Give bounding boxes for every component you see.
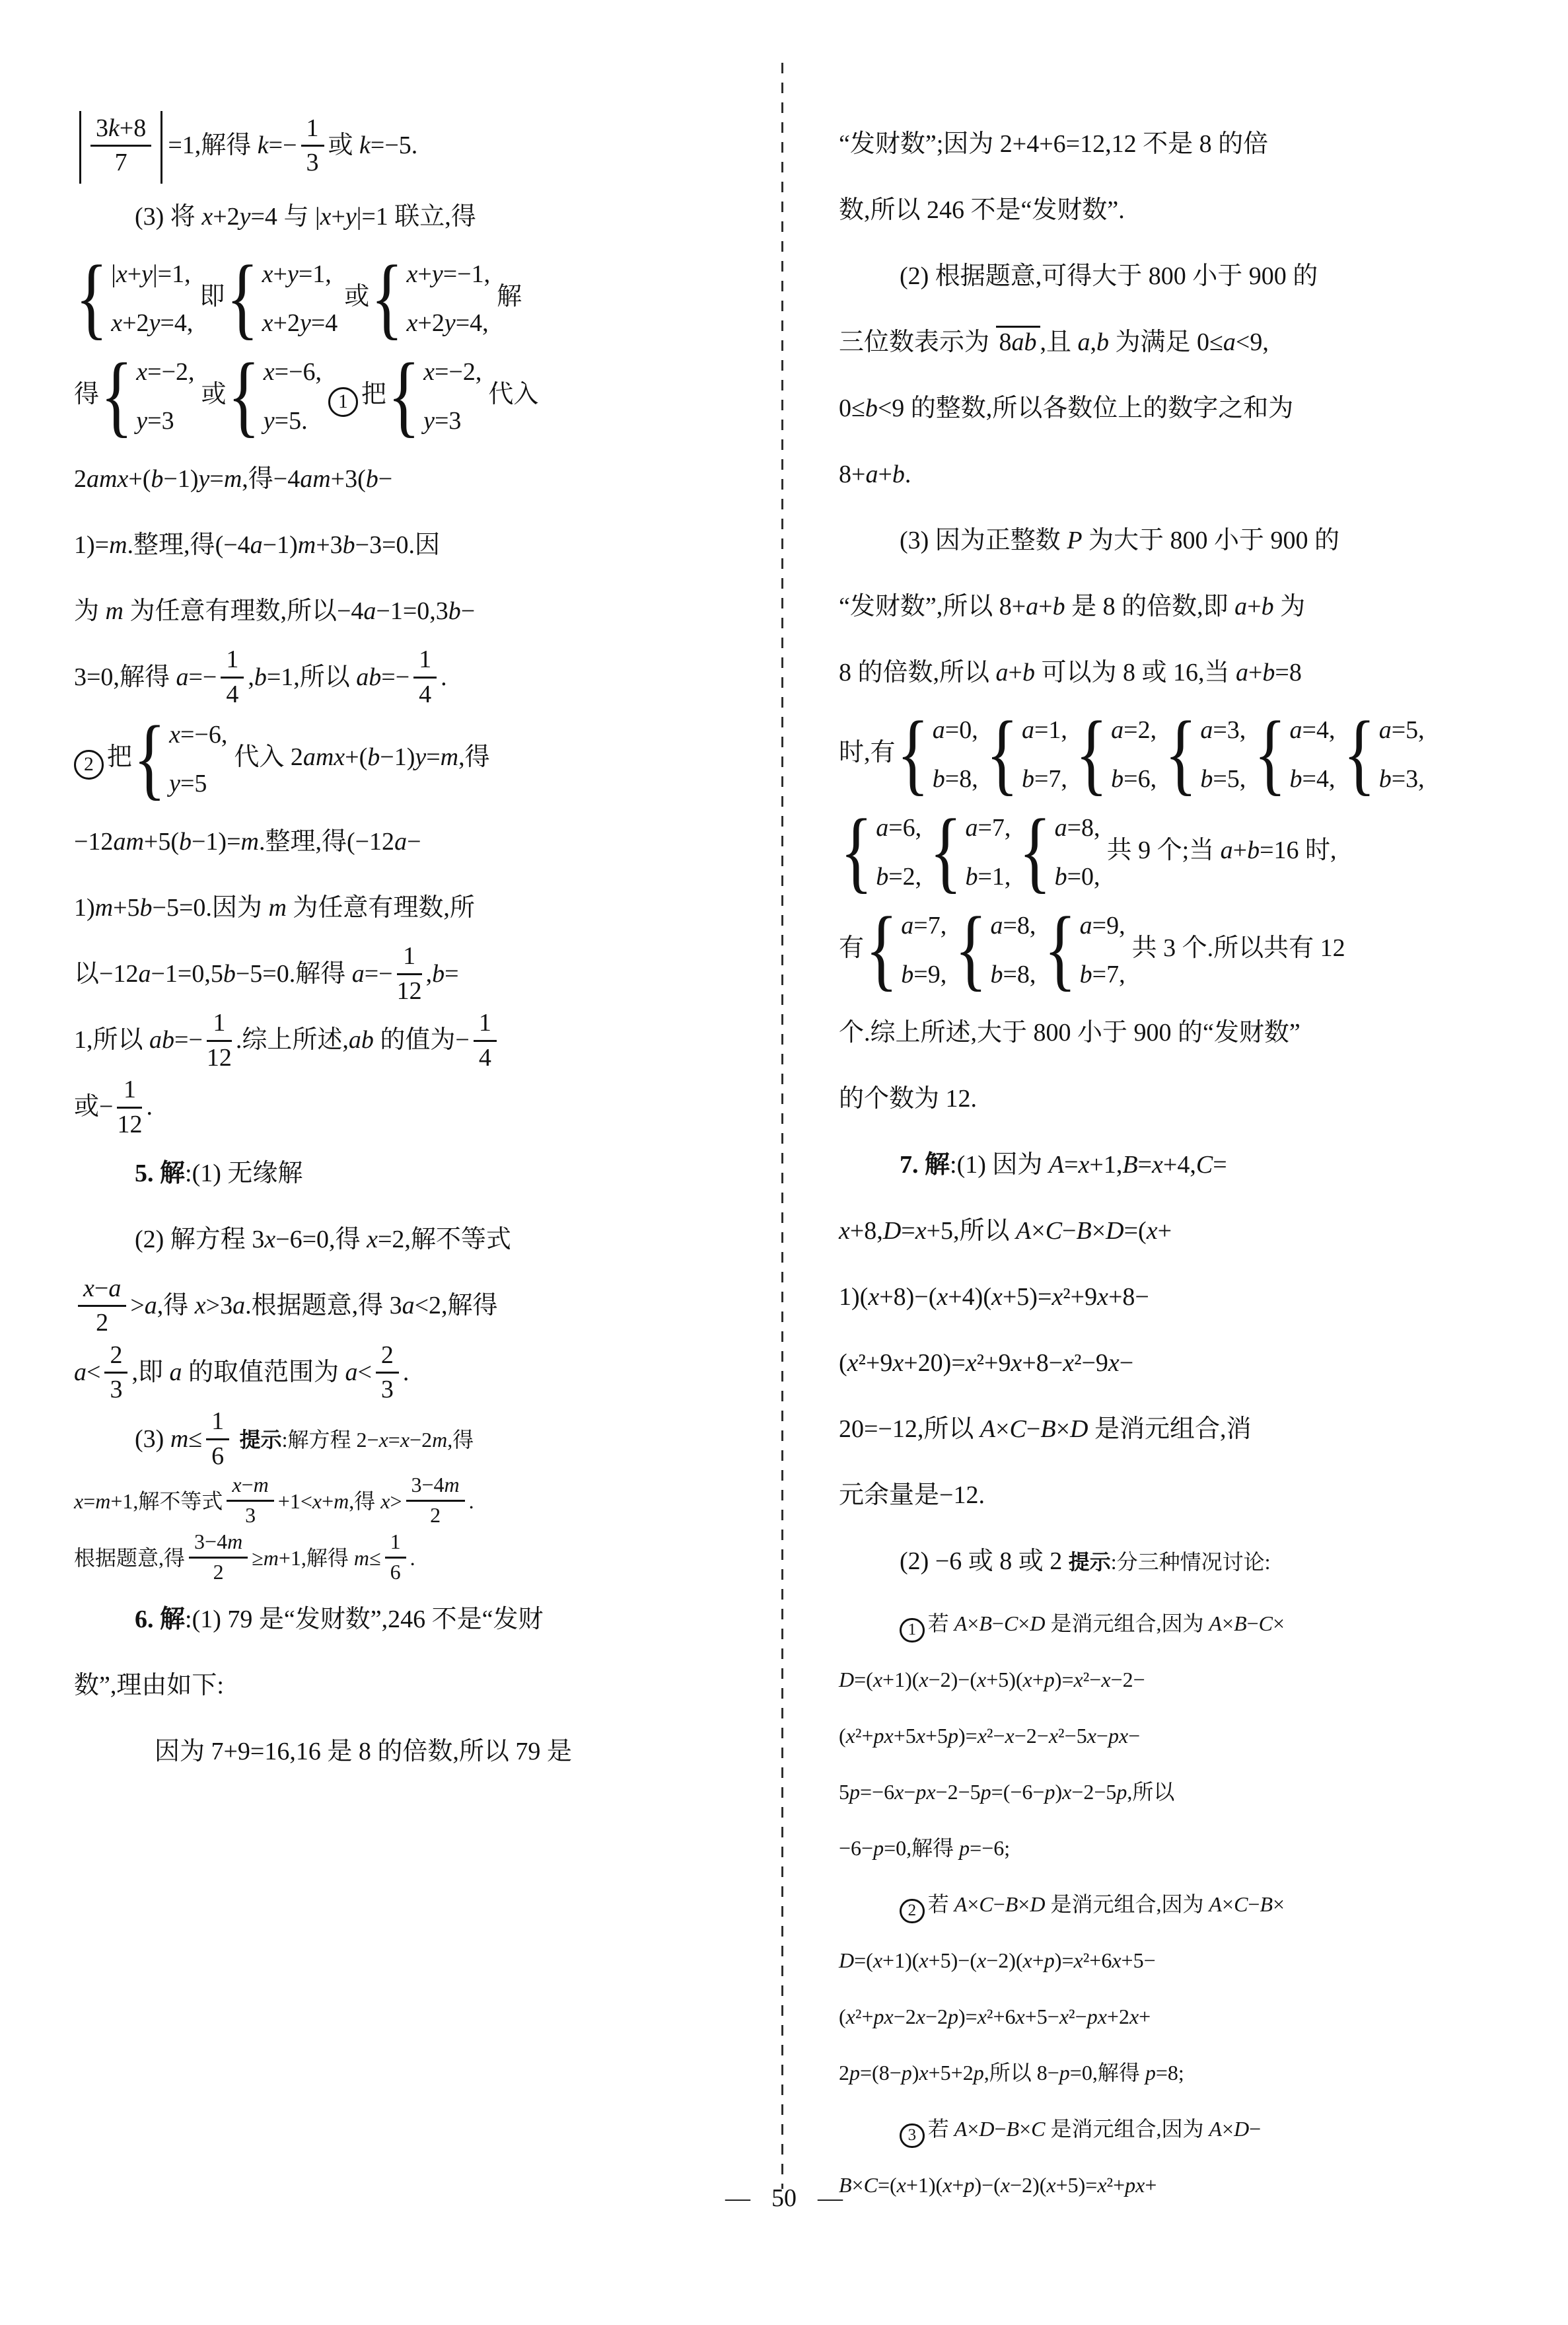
math-text: . <box>146 1093 153 1121</box>
equation-system: {a=6,b=2, <box>840 803 921 901</box>
math-text: A×C−B×D=(x+ <box>1016 1217 1172 1245</box>
system-row: |x+y|=1, <box>111 250 190 299</box>
fraction-denominator: 4 <box>474 1042 497 1072</box>
fraction-denominator: 3 <box>301 147 324 177</box>
system-row: x=−2, <box>423 348 481 396</box>
math-text: ab=− <box>356 663 410 691</box>
text-line: (3) 将 x+2y=4 与 |x+y|=1 联立,得 <box>74 184 769 250</box>
math-text: −6 <box>935 1547 962 1575</box>
text-line: (3) m≤16 提示:解方程 2−x=x−2m,得 <box>74 1406 769 1473</box>
math-text: a< <box>345 1358 371 1386</box>
chinese-text: 因 <box>415 531 440 559</box>
text-line: 6. 解:(1) 79 是“发财数”,246 不是“发财 <box>74 1586 769 1652</box>
text-line: 有{a=7,b=9,{a=8,b=8,{a=9,b=7,共 3 个.所以共有 1… <box>839 901 1510 999</box>
chinese-text: “发财数”;因为 2+4+6=12,12 不是 8 的倍 <box>839 130 1268 158</box>
fraction-numerator: 3k+8 <box>90 114 151 147</box>
chinese-text: 解不等式 <box>411 1226 511 1253</box>
text-line: x−a2>a,得 x>3a.根据题意,得 3a<2,解得 <box>74 1273 769 1339</box>
chinese-text: 的取值范围为 <box>182 1358 345 1386</box>
fraction-denominator: 12 <box>117 1109 142 1139</box>
system-rows: a=1,b=7, <box>1022 706 1067 803</box>
equation-system: {x=−2,y=3 <box>100 348 195 445</box>
system-rows: a=6,b=2, <box>876 803 921 901</box>
chinese-text: 若 <box>928 1892 954 1916</box>
chinese-text: (3) 因为正整数 <box>900 527 1067 554</box>
system-brace-icon: { <box>371 253 403 345</box>
chinese-text: 整理,得 <box>265 828 347 856</box>
chinese-text: 时, <box>1299 836 1337 864</box>
chinese-text: 即 <box>199 283 225 311</box>
text-line: 时,有{a=0,b=8,{a=1,b=7,{a=2,b=6,{a=3,b=5,{… <box>839 706 1510 803</box>
chinese-text: 或 <box>201 381 227 408</box>
math-text: a+b=16 <box>1221 836 1299 864</box>
math-text: k=−5. <box>359 131 417 159</box>
equation-system: {x+y=1,x+2y=4 <box>226 250 338 348</box>
fraction-numerator: 1 <box>117 1076 142 1109</box>
system-row: a=9, <box>1080 901 1125 950</box>
math-text: m <box>106 597 124 625</box>
fraction-denominator: 3 <box>376 1374 399 1404</box>
math-text: 3a<2, <box>390 1292 448 1319</box>
system-brace-icon: { <box>1164 709 1197 801</box>
math-text: −4a−1=0,3b− <box>337 597 475 625</box>
math-text: 2amx+(b−1)y=m, <box>291 743 465 771</box>
system-row: b=8, <box>990 950 1036 999</box>
math-text: a=− <box>176 663 217 691</box>
math-text: ,b=1, <box>248 663 299 691</box>
text-line: 3=0,解得 a=−14,b=1,所以 ab=−14. <box>74 644 769 711</box>
chinese-text: 得 <box>248 465 273 493</box>
text-line: (2) 解方程 3x−6=0,得 x=2,解不等式 <box>74 1206 769 1273</box>
system-row: y=5 <box>169 759 207 808</box>
math-text: 20=−12, <box>839 1415 923 1443</box>
text-line: 得{x=−2,y=3或{x=−6,y=5.1把{x=−2,y=3代入 <box>74 348 769 445</box>
math-text: a+b <box>1234 593 1273 620</box>
chinese-text: 根据题意,得 <box>74 1546 185 1570</box>
math-text: ,b= <box>426 960 459 988</box>
chinese-text: 为 <box>1274 593 1306 620</box>
chinese-text: 所以 <box>923 1415 980 1443</box>
math-text: m≤ <box>170 1425 202 1453</box>
equation-system: {a=4,b=4, <box>1254 706 1335 803</box>
math-text: . <box>236 1026 242 1054</box>
text-line: 1)=m.整理,得(−4a−1)m+3b−3=0.因 <box>74 512 769 578</box>
chinese-text: :解方程 <box>282 1428 357 1452</box>
chinese-text: 联立,得 <box>388 203 476 231</box>
chinese-text: 若 <box>928 1611 954 1635</box>
system-row: a=7, <box>901 901 946 950</box>
fraction: 16 <box>206 1407 229 1470</box>
math-text: a+b=8 <box>1236 659 1302 686</box>
system-row: x=−6, <box>264 348 322 396</box>
system-brace-icon: { <box>1044 904 1076 996</box>
text-line: 2amx+(b−1)y=m,得−4am+3(b− <box>74 446 769 512</box>
fraction: 14 <box>221 646 244 708</box>
math-text: (x²+9x+20)=x²+9x+8−x²−9x− <box>839 1349 1133 1377</box>
math-text: |x+y|=1 <box>315 203 388 231</box>
math-text: 3=0, <box>74 663 120 691</box>
chinese-text: 得 <box>354 1489 380 1513</box>
fraction-denominator: 12 <box>397 975 422 1006</box>
math-text: >a, <box>130 1292 163 1319</box>
equation-system: {a=7,b=1, <box>929 803 1011 901</box>
chinese-text: 解得 <box>448 1292 498 1319</box>
text-line: 2把{x=−6,y=5代入 2amx+(b−1)y=m,得 <box>74 710 769 808</box>
text-line: 1)(x+8)−(x+4)(x+5)=x²+9x+8− <box>839 1264 1510 1330</box>
text-line: 5. 解:(1) 无缘解 <box>74 1140 769 1206</box>
math-text: x+2y=4 <box>201 203 277 231</box>
chinese-text: (2) <box>900 1547 935 1575</box>
math-text: x>3a. <box>195 1292 252 1319</box>
math-text: =1, <box>168 131 201 159</box>
text-line: (x²+px+5x+5p)=x²−x−2−x²−5x−px− <box>839 1707 1510 1763</box>
system-row: a=1, <box>1022 706 1067 755</box>
chinese-text: 整理,得 <box>133 531 215 559</box>
chinese-text <box>154 1605 160 1633</box>
fraction: 3−4m2 <box>189 1530 248 1584</box>
absolute-value-bar <box>160 111 162 184</box>
system-brace-icon: { <box>100 351 133 443</box>
system-rows: x=−6,y=5. <box>264 348 322 445</box>
fraction-denominator: 7 <box>90 147 151 177</box>
fraction-denominator: 2 <box>406 1502 465 1528</box>
math-text: x+8,D=x+5, <box>839 1217 960 1245</box>
bold-label: 7. <box>900 1151 919 1179</box>
chinese-text: 或 <box>328 131 360 159</box>
fraction-numerator: 1 <box>301 114 324 147</box>
system-row: b=4, <box>1290 755 1336 803</box>
fraction-denominator: 2 <box>78 1307 126 1337</box>
chinese-text: 把 <box>107 743 132 771</box>
chinese-text: 因为 7+9=16,16 是 8 的倍数,所以 79 是 <box>155 1738 572 1765</box>
overline-number: 8ab <box>996 326 1040 357</box>
text-line: “发财数”;因为 2+4+6=12,12 不是 8 的倍 <box>839 111 1510 177</box>
system-row: x=−6, <box>169 710 227 759</box>
system-row: b=7, <box>1080 950 1125 999</box>
system-brace-icon: { <box>1343 709 1375 801</box>
system-row: b=1, <box>965 852 1011 901</box>
system-row: b=6, <box>1111 755 1157 803</box>
footer-dash-left: — <box>725 2184 750 2212</box>
fraction: 13 <box>301 114 324 177</box>
column-divider <box>781 63 783 2189</box>
chinese-text: 所以 <box>960 1217 1016 1245</box>
chinese-text: 是消元组合,消 <box>1088 1415 1251 1443</box>
chinese-text: 代入 <box>234 743 291 771</box>
circled-number-digit: 2 <box>908 1903 916 1919</box>
math-text: k=− <box>258 131 297 159</box>
chinese-text: :分三种情况讨论: <box>1111 1550 1271 1574</box>
footer-dash-right: — <box>818 2184 843 2212</box>
math-text: 5p=−6x−px−2−5p=(−6−p)x−2−5p, <box>839 1780 1132 1804</box>
fraction: x−a2 <box>78 1274 126 1337</box>
math-text: A×D− <box>1209 2117 1261 2141</box>
system-rows: a=7,b=9, <box>901 901 946 999</box>
chinese-text: 是消元组合,因为 <box>1045 1611 1209 1635</box>
math-text: ab=− <box>149 1026 203 1054</box>
circled-number: 1 <box>328 387 358 417</box>
system-row: y=3 <box>136 396 174 445</box>
text-line: D=(x+1)(x+5)−(x−2)(x+p)=x²+6x+5− <box>839 1932 1510 1988</box>
fraction-denominator: 2 <box>189 1559 248 1584</box>
text-line: −12am+5(b−1)=m.整理,得(−12a− <box>74 809 769 875</box>
system-rows: x=−6,y=5 <box>169 710 227 808</box>
math-text: 8−p=0, <box>1037 2061 1098 2085</box>
chinese-text: 为 <box>74 597 106 625</box>
text-line: {a=6,b=2,{a=7,b=1,{a=8,b=0,共 9 个;当 a+b=1… <box>839 803 1510 901</box>
chinese-text: 是消元组合,因为 <box>1045 2117 1209 2141</box>
math-text: A×C−B×D <box>980 1415 1088 1443</box>
fraction: 14 <box>413 646 437 708</box>
text-line: 0≤b<9 的整数,所以各数位上的数字之和为 <box>839 375 1510 441</box>
right-column: “发财数”;因为 2+4+6=12,12 不是 8 的倍数,所以 246 不是“… <box>839 111 1510 2213</box>
chinese-text: 有 <box>839 934 864 962</box>
chinese-text: 8 的倍数,所以 <box>839 659 996 686</box>
system-rows: a=5,b=3, <box>1379 706 1425 803</box>
text-line: x=m+1,解不等式x−m3+1<x+m,得 x>3−4m2. <box>74 1473 769 1530</box>
chinese-text: 与 <box>277 203 315 231</box>
text-line: 1若 A×B−C×D 是消元组合,因为 A×B−C× <box>839 1595 1510 1651</box>
system-rows: x=−2,y=3 <box>423 348 481 445</box>
math-text: 0≤a<9, <box>1197 328 1269 356</box>
system-brace-icon: { <box>133 714 166 805</box>
chinese-text: 或 <box>344 283 369 311</box>
chinese-text: 以 <box>74 960 99 988</box>
text-line: {|x+y|=1,x+2y=4,即{x+y=1,x+2y=4或{x+y=−1,x… <box>74 250 769 348</box>
chinese-text: 即 <box>138 1358 170 1386</box>
math-text: 3x−6=0, <box>252 1226 335 1253</box>
chinese-text: 所以 <box>1132 1780 1174 1804</box>
system-rows: |x+y|=1,x+2y=4, <box>111 250 193 348</box>
math-text: m≤ <box>354 1546 381 1570</box>
chinese-text: 共 3 个.所以共有 12 <box>1132 934 1345 962</box>
system-rows: a=3,b=5, <box>1200 706 1246 803</box>
text-line: “发财数”,所以 8+a+b 是 8 的倍数,即 a+b 为 <box>839 573 1510 640</box>
system-rows: a=4,b=4, <box>1290 706 1336 803</box>
chinese-text: 数,所以 246 不是“发财数”. <box>839 196 1125 224</box>
chinese-text: 为任意有理数,所以 <box>124 597 337 625</box>
system-rows: a=0,b=8, <box>933 706 978 803</box>
left-column: 3k+87=1,解得 k=−13或 k=−5.(3) 将 x+2y=4 与 |x… <box>74 111 769 1785</box>
fraction: 112 <box>117 1076 142 1138</box>
fraction-numerator: 1 <box>207 1009 232 1042</box>
fraction: 112 <box>207 1009 232 1072</box>
system-row: b=9, <box>901 950 946 999</box>
answer-page: 3k+87=1,解得 k=−13或 k=−5.(3) 将 x+2y=4 与 |x… <box>0 0 1568 2325</box>
fraction: 23 <box>104 1341 127 1404</box>
math-text: m <box>268 894 286 922</box>
math-text: ab <box>349 1026 374 1054</box>
fraction: 3−4m2 <box>406 1473 465 1528</box>
chinese-text <box>233 1425 240 1453</box>
bold-label: 提示 <box>240 1428 282 1452</box>
chinese-text <box>919 1151 925 1179</box>
fraction: 14 <box>474 1009 497 1072</box>
page-number: 50 <box>771 2184 797 2212</box>
system-row: x+2y=4, <box>111 299 193 348</box>
math-text: A×D−B×C <box>954 2117 1046 2141</box>
equation-system: {a=3,b=5, <box>1164 706 1246 803</box>
bold-label: 解 <box>160 1605 185 1633</box>
chinese-text: 或 8 或 2 <box>962 1547 1069 1575</box>
system-brace-icon: { <box>226 253 258 345</box>
system-row: a=6, <box>876 803 921 852</box>
fraction-denominator: 3 <box>104 1374 127 1404</box>
chinese-text: :(1) 79 是“发财数”,246 不是“发财 <box>185 1605 543 1633</box>
fraction-denominator: 3 <box>227 1502 273 1528</box>
system-row: x+2y=4, <box>407 299 489 348</box>
fraction: 112 <box>397 942 422 1005</box>
math-text: (−4a−1)m+3b−3=0. <box>215 531 415 559</box>
fraction-denominator: 6 <box>385 1559 406 1584</box>
text-line: 为 m 为任意有理数,所以−4a−1=0,3b− <box>74 578 769 644</box>
math-text: −6−p=0, <box>839 1836 911 1860</box>
math-text: . <box>469 1489 474 1513</box>
math-text: 1)(x+8)−(x+4)(x+5)=x²+9x+8− <box>839 1283 1149 1311</box>
math-text: −12. <box>939 1481 985 1509</box>
chinese-text: 为满足 <box>1109 328 1197 356</box>
system-rows: a=9,b=7, <box>1080 901 1125 999</box>
equation-system: {x=−6,y=5 <box>133 710 228 808</box>
math-text: 1, <box>74 1026 93 1054</box>
text-line: (2) 根据题意,可得大于 800 小于 900 的 <box>839 243 1510 309</box>
circled-number: 1 <box>900 1618 925 1643</box>
math-text: (−12a− <box>347 828 421 856</box>
equation-system: {x+y=−1,x+2y=4, <box>371 250 490 348</box>
equation-system: {a=5,b=3, <box>1343 706 1424 803</box>
math-text: +1<x+m, <box>278 1489 354 1513</box>
fraction-numerator: 3−4m <box>189 1530 248 1559</box>
system-row: a=5, <box>1379 706 1425 755</box>
chinese-text: 是 8 的倍数,即 <box>1065 593 1235 620</box>
system-row: a=2, <box>1111 706 1157 755</box>
chinese-text: 数”,理由如下: <box>74 1672 224 1699</box>
system-row: x+y=1, <box>262 250 332 299</box>
equation-system: {a=2,b=6, <box>1075 706 1157 803</box>
chinese-text: 得 <box>465 743 490 771</box>
math-text: , <box>131 1358 138 1386</box>
system-rows: a=8,b=8, <box>990 901 1036 999</box>
text-line: 20=−12,所以 A×C−B×D 是消元组合,消 <box>839 1396 1510 1462</box>
circled-number: 2 <box>74 750 104 780</box>
circled-number: 3 <box>900 2123 925 2149</box>
system-row: b=7, <box>1022 755 1067 803</box>
text-line: 2p=(8−p)x+5+2p,所以 8−p=0,解得 p=8; <box>839 2044 1510 2100</box>
system-row: x=−2, <box>136 348 194 396</box>
system-rows: a=7,b=1, <box>965 803 1011 901</box>
text-line: x+8,D=x+5,所以 A×C−B×D=(x+ <box>839 1198 1510 1264</box>
chinese-text: 解得 <box>306 1546 354 1570</box>
equation-system: {a=1,b=7, <box>986 706 1067 803</box>
system-brace-icon: { <box>929 807 962 899</box>
text-line: 的个数为 12. <box>839 1066 1510 1132</box>
system-rows: x=−2,y=3 <box>136 348 194 445</box>
math-text: A×C−B× <box>1209 1892 1285 1916</box>
chinese-text: (2) 解方程 <box>135 1226 252 1253</box>
system-rows: x+y=−1,x+2y=4, <box>407 250 491 348</box>
equation-system: {a=0,b=8, <box>897 706 978 803</box>
fraction-numerator: 1 <box>206 1407 229 1440</box>
bold-label: 提示 <box>1069 1550 1111 1574</box>
math-text: (x²+px−2x−2p)=x²+6x+5−x²−px+2x+ <box>839 2005 1151 2028</box>
circled-number-digit: 2 <box>84 755 94 775</box>
system-brace-icon: { <box>986 709 1018 801</box>
fraction-numerator: 2 <box>104 1341 127 1374</box>
text-line: (x²+9x+20)=x²+9x+8−x²−9x− <box>839 1330 1510 1396</box>
fraction-numerator: 1 <box>413 646 437 679</box>
text-line: 因为 7+9=16,16 是 8 的倍数,所以 79 是 <box>74 1718 769 1785</box>
chinese-text: 解得 <box>295 960 352 988</box>
chinese-text: 三位数表示为 <box>839 328 996 356</box>
text-line: (3) 因为正整数 P 为大于 800 小于 900 的 <box>839 507 1510 573</box>
chinese-text: 的值为− <box>374 1026 470 1054</box>
text-line: 数,所以 246 不是“发财数”. <box>839 177 1510 243</box>
fraction-numerator: x−a <box>78 1274 126 1308</box>
chinese-text: 时,有 <box>839 739 896 766</box>
text-line: 三位数表示为 8ab,且 a,b 为满足 0≤a<9, <box>839 309 1510 375</box>
text-line: 8+a+b. <box>839 441 1510 507</box>
chinese-text: 为大于 800 小于 900 的 <box>1083 527 1340 554</box>
fraction: 16 <box>385 1530 406 1584</box>
chinese-text: 是消元组合,因为 <box>1045 1892 1209 1916</box>
fraction: 23 <box>376 1341 399 1404</box>
equation-system: {x=−6,y=5. <box>228 348 322 445</box>
text-line: 2若 A×C−B×D 是消元组合,因为 A×C−B× <box>839 1876 1510 1932</box>
chinese-text: 或− <box>74 1093 113 1121</box>
chinese-text: 解得 <box>201 131 258 159</box>
system-row: b=2, <box>876 852 921 901</box>
math-text: −12am+5(b−1)=m. <box>74 828 265 856</box>
chinese-text: 所以 <box>93 1026 150 1054</box>
text-line: 1)m+5b−5=0.因为 m 为任意有理数,所 <box>74 875 769 941</box>
system-row: b=8, <box>933 755 978 803</box>
system-brace-icon: { <box>1254 709 1286 801</box>
math-text: ≥m+1, <box>252 1546 306 1570</box>
system-row: a=8, <box>990 901 1036 950</box>
chinese-text: 根据题意,得 <box>252 1292 390 1319</box>
equation-system: {x=−2,y=3 <box>388 348 482 445</box>
system-brace-icon: { <box>840 807 873 899</box>
equation-system: {|x+y|=1,x+2y=4, <box>75 250 193 348</box>
fraction-denominator: 12 <box>207 1042 232 1072</box>
chinese-text: 可以为 8 或 16,当 <box>1035 659 1236 686</box>
math-text: p=8; <box>1145 2061 1184 2085</box>
chinese-text: 把 <box>361 381 386 408</box>
chinese-text: 因为 <box>212 894 269 922</box>
text-line: 个.综上所述,大于 800 小于 900 的“发财数” <box>839 1000 1510 1066</box>
chinese-text: 的整数,所以各数位上的数字之和为 <box>904 394 1293 422</box>
fraction-numerator: 1 <box>221 646 244 679</box>
chinese-text: “发财数”,所以 <box>839 593 999 620</box>
system-row: b=3, <box>1379 755 1425 803</box>
fraction-numerator: 1 <box>397 942 422 975</box>
text-line: 数”,理由如下: <box>74 1652 769 1718</box>
chinese-text: 且 <box>1046 328 1078 356</box>
chinese-text: :(1) 无缘解 <box>185 1160 303 1187</box>
chinese-text: 所以 <box>989 2061 1037 2085</box>
system-row: a=3, <box>1200 706 1246 755</box>
chinese-text: 代入 <box>488 381 538 408</box>
math-text: A=x+1,B=x+4,C= <box>1049 1151 1227 1179</box>
system-rows: a=2,b=6, <box>1111 706 1157 803</box>
math-text: A×B−C× <box>1209 1611 1285 1635</box>
fraction: x−m3 <box>227 1473 273 1528</box>
math-text: D=(x+1)(x+5)−(x−2)(x+p)=x²+6x+5− <box>839 1948 1156 1972</box>
fraction-numerator: 2 <box>376 1341 399 1374</box>
absolute-value-bar <box>79 111 81 184</box>
equation-system: {a=8,b=8, <box>954 901 1036 999</box>
system-brace-icon: { <box>388 351 420 443</box>
